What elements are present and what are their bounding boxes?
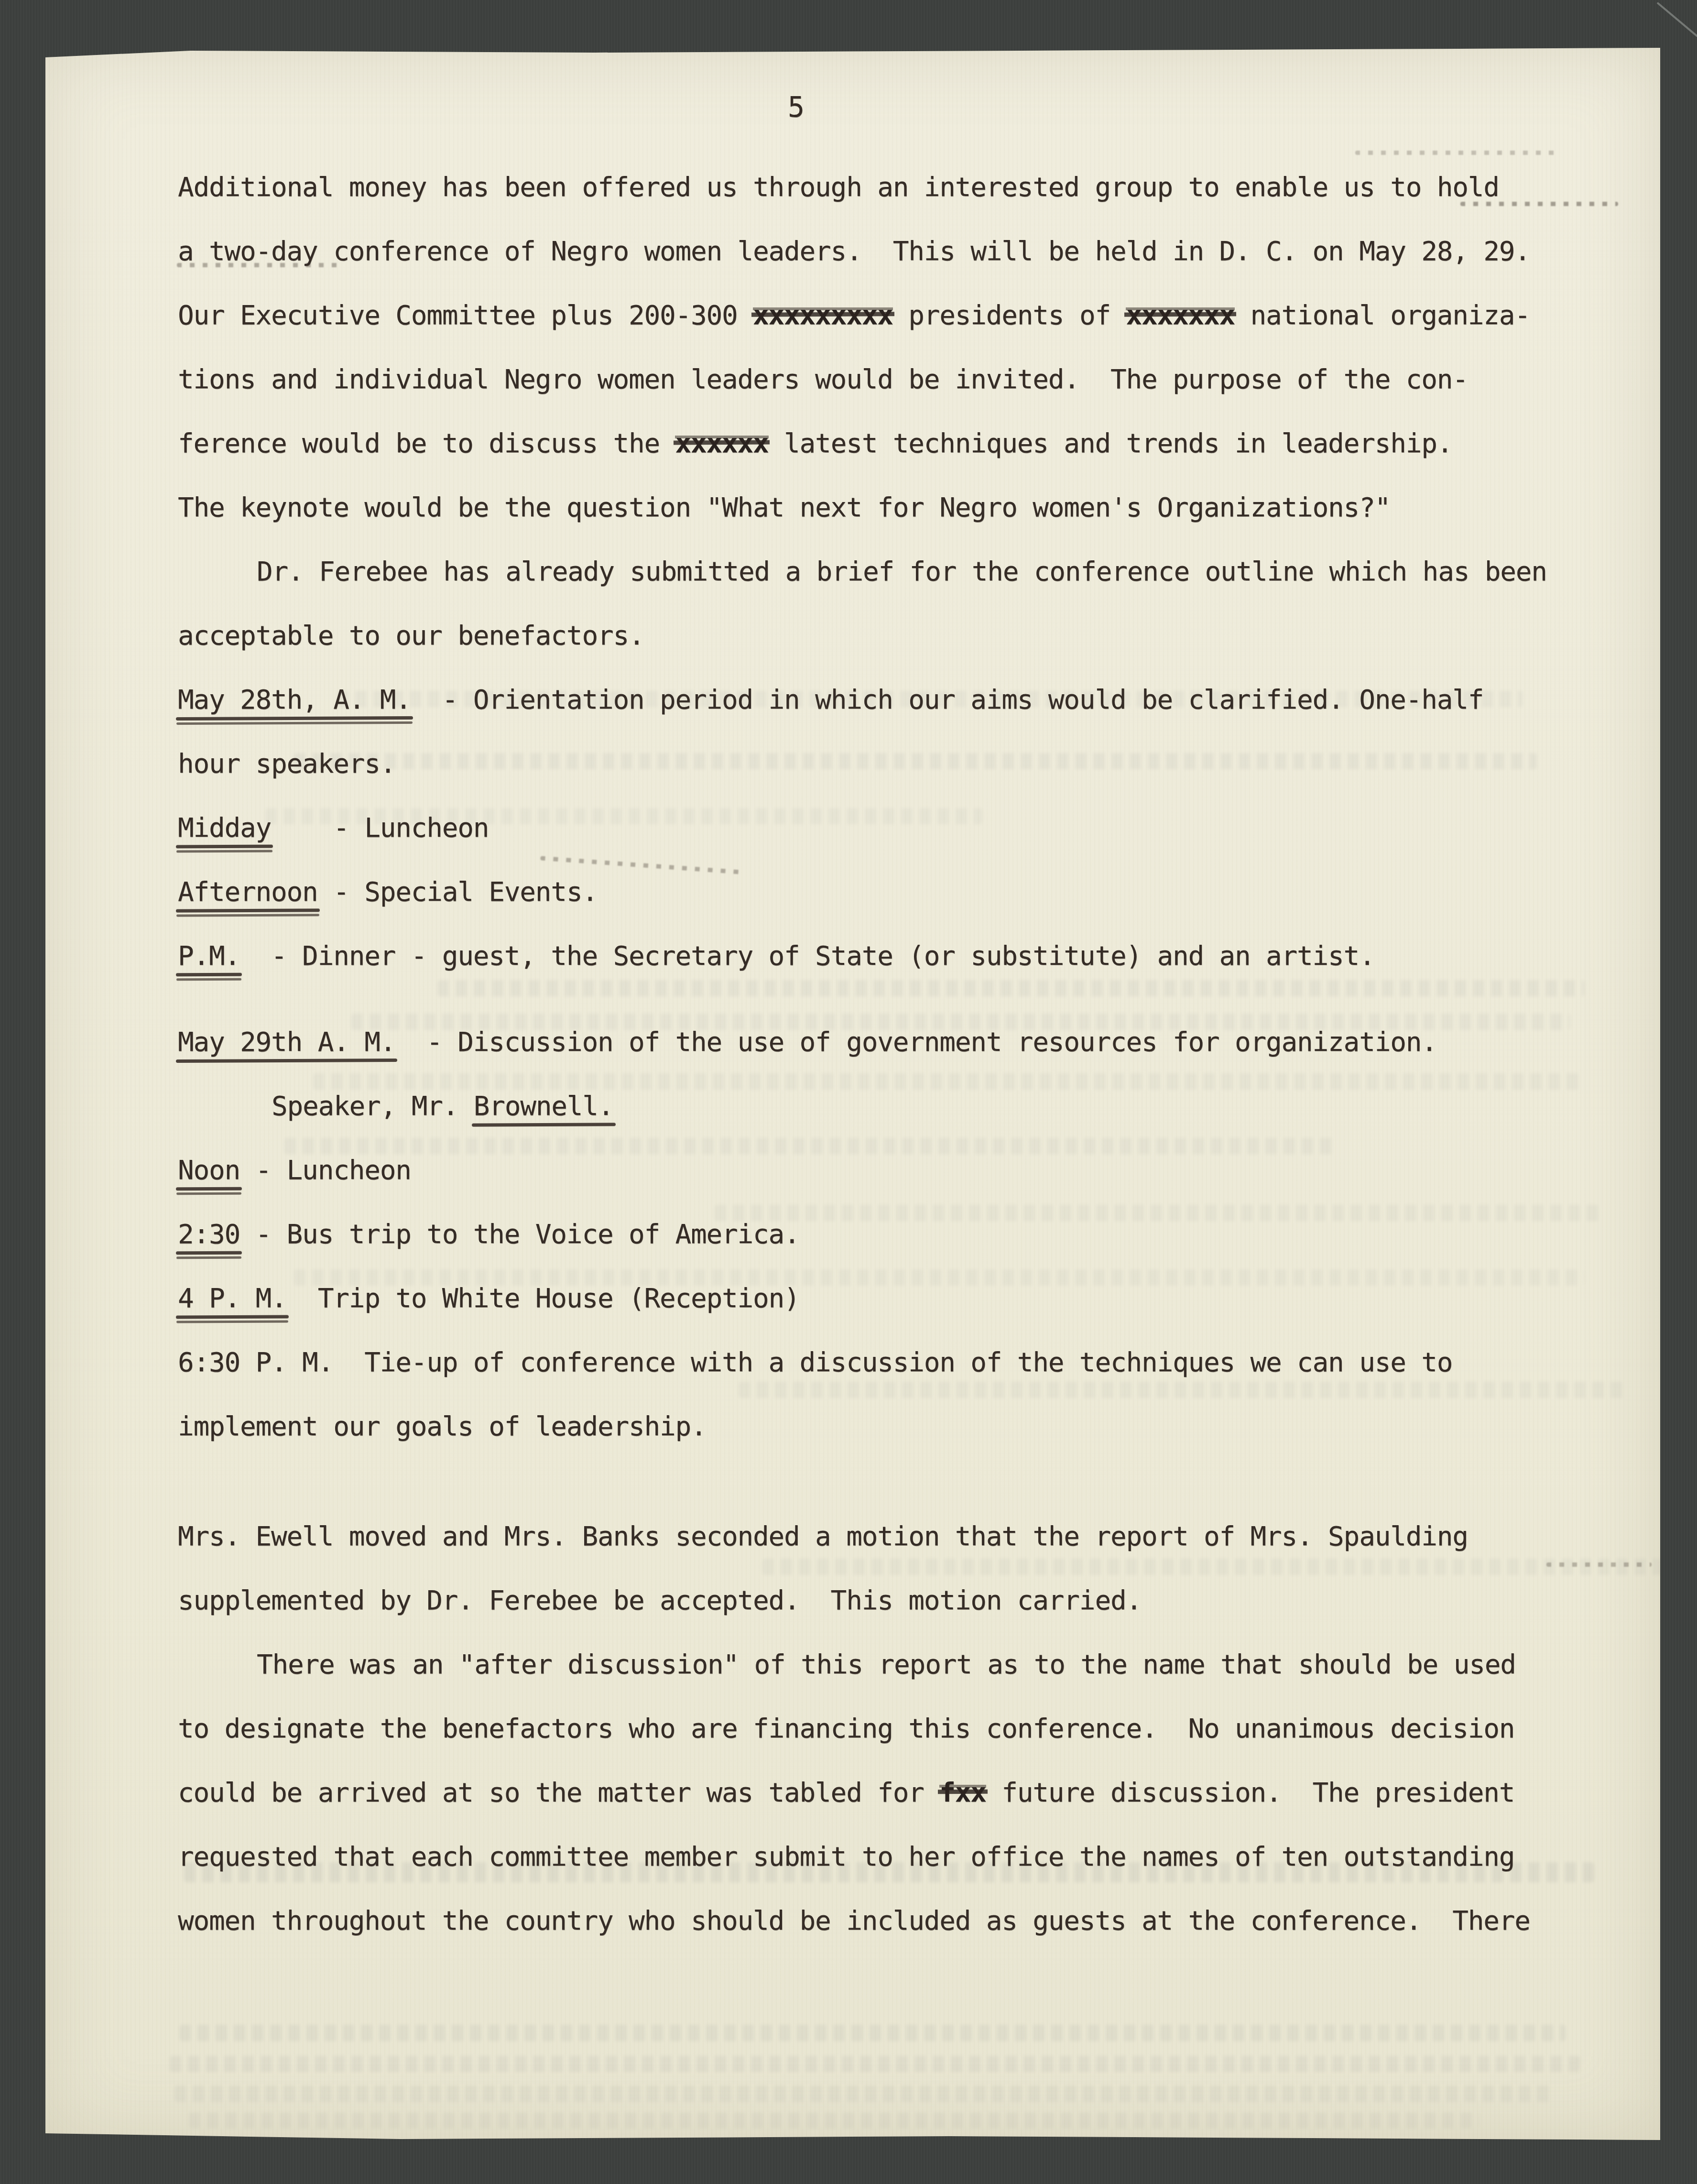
underlined-text: May 28th, A. M. <box>178 684 411 715</box>
text-line: 4 P. M. Trip to White House (Reception) <box>178 1267 1593 1331</box>
text-segment: could be arrived at so the matter was ta… <box>178 1777 939 1808</box>
text-line: to designate the benefactors who are fin… <box>178 1697 1593 1761</box>
text-line: P.M. - Dinner - guest, the Secretary of … <box>178 924 1593 988</box>
bleedthrough-smudge <box>179 2025 1566 2041</box>
text-segment: Mrs. Ewell moved and Mrs. Banks seconded… <box>178 1521 1468 1552</box>
text-segment: a two-day conference of Negro women lead… <box>178 236 1530 267</box>
text-segment: - Discussion of the use of government re… <box>395 1026 1437 1058</box>
text-line: May 28th, A. M. - Orientation period in … <box>178 668 1593 732</box>
text-segment: supplemented by Dr. Ferebee be accepted.… <box>178 1585 1142 1616</box>
underlined-text: 4 P. M. <box>178 1283 287 1314</box>
text-segment: 6:30 P. M. Tie-up of conference with a d… <box>178 1347 1452 1378</box>
text-line: Mrs. Ewell moved and Mrs. Banks seconded… <box>178 1505 1593 1569</box>
bleedthrough-smudge <box>1355 151 1556 155</box>
text-segment: Speaker, Mr. <box>272 1091 474 1122</box>
bleedthrough-smudge <box>174 2086 1551 2102</box>
text-segment: national organiza- <box>1235 300 1530 331</box>
text-segment: Additional money has been offered us thr… <box>178 172 1499 203</box>
text-segment: tions and individual Negro women leaders… <box>178 364 1468 395</box>
struck-text: xxxxxxxxx <box>753 300 893 331</box>
text-segment: to designate the benefactors who are fin… <box>178 1713 1514 1744</box>
text-line: There was an "after discussion" of this … <box>178 1633 1593 1697</box>
text-segment: - Luncheon <box>240 1155 411 1186</box>
text-line: Additional money has been offered us thr… <box>178 155 1593 219</box>
underlined-text: Midday <box>178 812 271 843</box>
bleedthrough-smudge <box>170 2056 1580 2072</box>
text-segment: - Dinner - guest, the Secretary of State… <box>240 940 1375 972</box>
document-body: Additional money has been offered us thr… <box>178 155 1593 1953</box>
text-line: a two-day conference of Negro women lead… <box>178 219 1593 284</box>
text-segment: requested that each committee member sub… <box>178 1841 1514 1872</box>
text-segment: - Luncheon <box>271 812 489 843</box>
struck-text: xxxxxx <box>675 428 768 459</box>
underlined-text: Afternoon <box>178 876 318 907</box>
text-segment: - Orientation period in which our aims w… <box>411 684 1484 715</box>
text-segment: hour speakers. <box>178 748 395 779</box>
text-segment: ference would be to discuss the <box>178 428 675 459</box>
text-line: requested that each committee member sub… <box>178 1825 1593 1889</box>
text-line: Midday - Luncheon <box>178 796 1593 860</box>
underlined-text: Brownell. <box>474 1091 614 1122</box>
text-segment: presidents of <box>893 300 1126 331</box>
struck-text: xxxxxxx <box>1126 300 1235 331</box>
page-number: 5 <box>788 91 805 123</box>
underlined-text: Noon <box>178 1155 240 1186</box>
text-segment: - Special Events. <box>318 876 598 907</box>
text-line: hour speakers. <box>178 732 1593 796</box>
text-line: May 29th A. M. - Discussion of the use o… <box>178 1010 1593 1074</box>
text-line: implement our goals of leadership. <box>178 1395 1593 1459</box>
text-line: Noon - Luncheon <box>178 1138 1593 1202</box>
text-line: Dr. Ferebee has already submitted a brie… <box>178 540 1593 604</box>
text-segment: future discussion. The president <box>986 1777 1515 1808</box>
text-line: 2:30 - Bus trip to the Voice of America. <box>178 1202 1593 1267</box>
underlined-text: May 29th A. M. <box>178 1026 395 1058</box>
text-segment: Our Executive Committee plus 200-300 <box>178 300 753 331</box>
text-segment: There was an "after discussion" of this … <box>257 1649 1516 1680</box>
text-segment: The keynote would be the question "What … <box>178 492 1390 523</box>
struck-text: fxx <box>939 1777 986 1808</box>
text-line: acceptable to our benefactors. <box>178 604 1593 668</box>
text-line: The keynote would be the question "What … <box>178 476 1593 540</box>
text-line: Our Executive Committee plus 200-300 xxx… <box>178 284 1593 348</box>
text-line: Speaker, Mr. Brownell. <box>178 1074 1593 1138</box>
text-line: Afternoon - Special Events. <box>178 860 1593 924</box>
underlined-text: 2:30 <box>178 1219 240 1250</box>
underlined-text: P.M. <box>178 940 240 972</box>
text-line: supplemented by Dr. Ferebee be accepted.… <box>178 1569 1593 1633</box>
text-segment: Trip to White House (Reception) <box>287 1283 800 1314</box>
bleedthrough-smudge <box>189 2112 1479 2129</box>
text-line: women throughout the country who should … <box>178 1889 1593 1953</box>
text-segment: implement our goals of leadership. <box>178 1411 707 1442</box>
text-line: 6:30 P. M. Tie-up of conference with a d… <box>178 1331 1593 1395</box>
text-segment: latest techniques and trends in leadersh… <box>769 428 1453 459</box>
text-segment: Dr. Ferebee has already submitted a brie… <box>257 556 1547 587</box>
text-segment: acceptable to our benefactors. <box>178 620 644 651</box>
text-line: ference would be to discuss the xxxxxx l… <box>178 412 1593 476</box>
text-line: could be arrived at so the matter was ta… <box>178 1761 1593 1825</box>
text-line: tions and individual Negro women leaders… <box>178 348 1593 412</box>
text-segment: women throughout the country who should … <box>178 1905 1530 1936</box>
text-segment: - Bus trip to the Voice of America. <box>240 1219 800 1250</box>
